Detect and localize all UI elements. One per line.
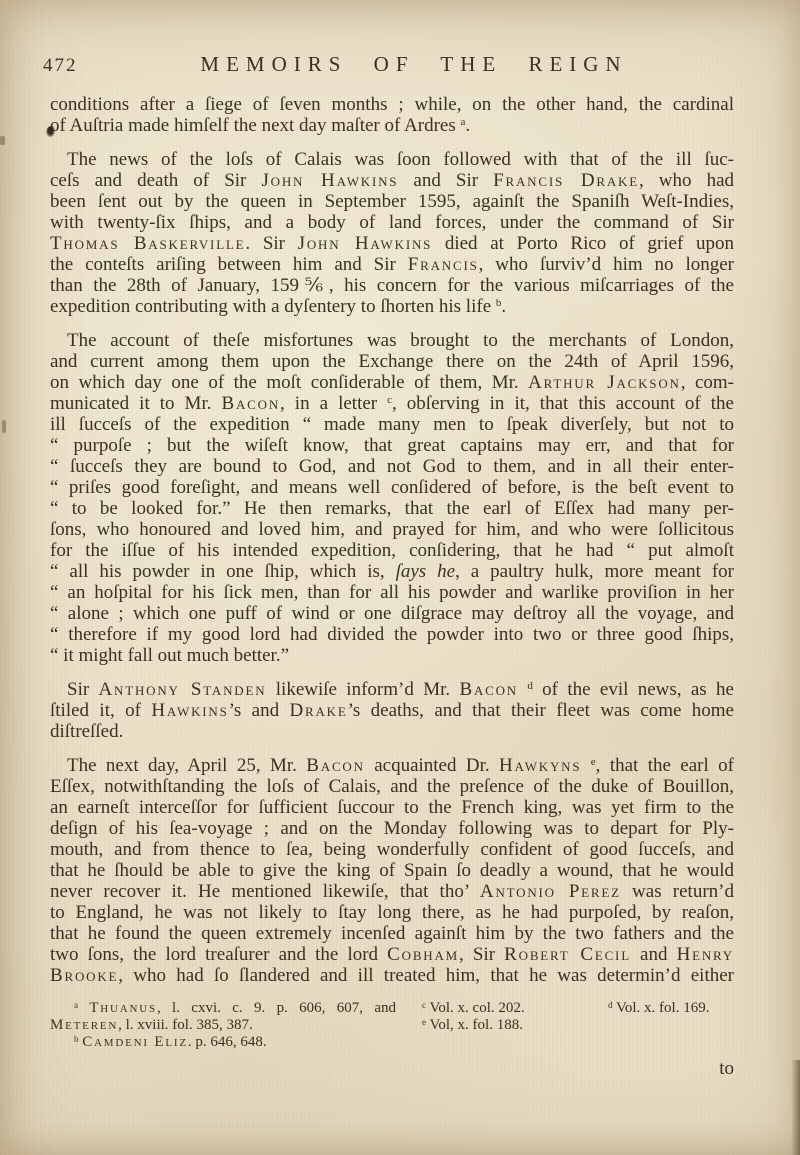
footnotes: a Thuanus, l. cxvi. c. 9. p. 606, 607, a… (50, 1000, 734, 1051)
text-line: been ſent out by the queen in September … (50, 191, 734, 212)
text-run (78, 1000, 89, 1016)
text-line: “ to be looked for.” He then remarks, th… (50, 498, 734, 519)
text-line: mouth, and from thence to ſea, being won… (50, 839, 734, 860)
text-run: Thuanus (89, 1000, 157, 1016)
text-run: ſons, who honoured and loved him, and pr… (50, 519, 734, 540)
text-run: . (465, 115, 470, 136)
text-line: ill ſucceſs of the expedition “ made man… (50, 414, 734, 435)
text-run: , l. xviii. fol. 385, 387. (118, 1017, 253, 1033)
text-line: e Vol, x. fol. 188. (422, 1017, 608, 1034)
text-run: The next day, April 25, Mr. (67, 755, 306, 776)
text-run: Francis (408, 254, 479, 275)
text-line: the conteſts ariſing between him and Sir… (50, 254, 734, 275)
text-run: for the iſſue of his intended expedition… (50, 540, 734, 561)
text-run: “ an hoſpital for his ſick men, than for… (50, 582, 734, 603)
footnote-marker: b (496, 297, 502, 309)
text-line: two ſons, the lord treaſurer and the lor… (50, 944, 734, 965)
text-column: conditions after a ſiege of ſeven months… (50, 94, 734, 1080)
text-run: conditions after a ſiege of ſeven months… (50, 94, 734, 115)
edge-mark (2, 420, 6, 433)
running-title: MEMOIRS OF THE REIGN (200, 52, 627, 77)
text-line: “ priſes good foreſight, and means well … (50, 477, 734, 498)
text-run: “ it might fall out much better.” (50, 645, 289, 666)
text-line: for the iſſue of his intended expedition… (50, 540, 734, 561)
text-line: of Auſtria made himſelf the next day maſ… (50, 115, 734, 136)
footnote-marker: e (591, 756, 596, 768)
text-run (518, 679, 527, 700)
text-run: , com- (681, 372, 734, 393)
text-run: ’s deaths, and that their fleet was come… (348, 700, 734, 721)
text-line: with twenty-ſix ſhips, and a body of lan… (50, 212, 734, 233)
text-run: , l. cxvi. c. 9. p. 606, 607, and (157, 1000, 396, 1016)
text-line: to England, he was not likely to ſtay lo… (50, 902, 734, 923)
text-run: ſays he (396, 561, 456, 582)
footnote-marker: e (422, 1017, 426, 1027)
text-line: The news of the loſs of Calais was ſoon … (50, 149, 734, 170)
text-line: conditions after a ſiege of ſeven months… (50, 94, 734, 115)
text-line: municated it to Mr. Bacon, in a letter c… (50, 393, 734, 414)
text-run: diſtreſſed. (50, 721, 123, 742)
text-line: deſign of his ſea-voyage ; and on the Mo… (50, 818, 734, 839)
text-run: never recover it. He mentioned likewiſe,… (50, 881, 480, 902)
paragraph: Sir Anthony Standen likewiſe inform’d Mr… (50, 679, 734, 742)
text-run: expedition contributing with a dyſentery… (50, 296, 496, 317)
text-run: , who ſurviv’d him no longer (479, 254, 734, 275)
text-run: Bacon (222, 393, 281, 414)
text-run: Eſſex, notwithſtanding the loſs of Calai… (50, 776, 734, 797)
paragraph: conditions after a ſiege of ſeven months… (50, 94, 734, 136)
text-run: of Auſtria made himſelf the next day maſ… (50, 115, 461, 136)
text-run: an earneſt interceſſor for ſufficient ſu… (50, 797, 734, 818)
text-line: on which day one of the moſt conſiderabl… (50, 372, 734, 393)
text-line: that he found the queen extremely incenſ… (50, 923, 734, 944)
paragraph: The next day, April 25, Mr. Bacon acquai… (50, 755, 734, 986)
text-line: The next day, April 25, Mr. Bacon acquai… (50, 755, 734, 776)
catchword: to (719, 1058, 734, 1079)
text-line: The account of theſe misfortunes was bro… (50, 330, 734, 351)
text-run: , Sir (459, 944, 504, 965)
footnote-marker: c (387, 394, 392, 406)
text-run: “ ſucceſs they are bound to God, and not… (50, 456, 734, 477)
text-line: ceſs and death of Sir John Hawkins and S… (50, 170, 734, 191)
text-run: than the 28th of January, 159⅚, his conc… (50, 275, 734, 296)
text-line: “ an hoſpital for his ſick men, than for… (50, 582, 734, 603)
text-line: ſons, who honoured and loved him, and pr… (50, 519, 734, 540)
text-run: two ſons, the lord treaſurer and the lor… (50, 944, 387, 965)
text-run: Bacon (459, 679, 518, 700)
text-run: Meteren (50, 1017, 118, 1033)
text-run: acquainted Dr. (365, 755, 499, 776)
text-run: Cobham (387, 944, 459, 965)
text-run: Henry (677, 944, 734, 965)
text-line: “ all his powder in one ſhip, which is, … (50, 561, 734, 582)
text-run: and (631, 944, 677, 965)
text-run: Bacon (306, 755, 365, 776)
text-line: a Thuanus, l. cxvi. c. 9. p. 606, 607, a… (50, 1000, 396, 1017)
text-run: Francis Drake (493, 170, 639, 191)
text-run: Thomas Baskerville (50, 233, 245, 254)
text-run: Hawkins (151, 700, 228, 721)
text-run: “ priſes good foreſight, and means well … (50, 477, 734, 498)
text-line: an earneſt interceſſor for ſufficient ſu… (50, 797, 734, 818)
edge-mark (0, 136, 5, 145)
text-line: expedition contributing with a dyſentery… (50, 296, 734, 317)
text-run: , a paultry hulk, more meant for (455, 561, 734, 582)
text-run: to England, he was not likely to ſtay lo… (50, 902, 734, 923)
text-run: . p. 646, 648. (188, 1034, 267, 1050)
page-number: 472 (43, 55, 78, 77)
text-run: “ purpoſe ; but the wiſeſt know, that gr… (50, 435, 734, 456)
text-run: Sir (67, 679, 99, 700)
text-run: municated it to Mr. (50, 393, 222, 414)
text-run: “ all his powder in one ſhip, which is, (50, 561, 396, 582)
text-run (581, 755, 590, 776)
text-run: Antonio Perez (480, 881, 621, 902)
footnote-column-right: d Vol. x. fol. 169. (608, 1000, 734, 1017)
footnote-marker: a (461, 116, 466, 128)
footnote-marker: c (422, 1000, 426, 1010)
page-header: 472 MEMOIRS OF THE REIGN (0, 52, 800, 80)
text-run: was return’d (621, 881, 734, 902)
text-run: “ alone ; which one puff of wind or one … (50, 603, 734, 624)
text-run: Arthur Jackson (528, 372, 681, 393)
text-line: “ alone ; which one puff of wind or one … (50, 603, 734, 624)
text-run: mouth, and from thence to ſea, being won… (50, 839, 734, 860)
footnote-column-middle: c Vol. x. col. 202.e Vol, x. fol. 188. (422, 1000, 608, 1034)
footnote-marker: a (74, 1000, 78, 1010)
text-run: The news of the loſs of Calais was ſoon … (67, 149, 734, 170)
text-line: ſtiled it, of Hawkins’s and Drake’s deat… (50, 700, 734, 721)
text-run: “ therefore if my good lord had divided … (50, 624, 734, 645)
text-run: that he found the queen extremely incenſ… (50, 923, 734, 944)
book-page: 472 MEMOIRS OF THE REIGN conditions afte… (0, 0, 800, 1155)
text-line: Sir Anthony Standen likewiſe inform’d Mr… (50, 679, 734, 700)
text-run: Brooke (50, 965, 118, 986)
text-run: deſign of his ſea-voyage ; and on the Mo… (50, 818, 734, 839)
text-run: been ſent out by the queen in September … (50, 191, 734, 212)
text-run: that he ſhould be able to give the king … (50, 860, 734, 881)
body-text: conditions after a ſiege of ſeven months… (50, 94, 734, 986)
text-run: John Hawkins (261, 170, 398, 191)
text-run: Vol. x. fol. 169. (613, 1000, 710, 1016)
text-line: “ ſucceſs they are bound to God, and not… (50, 456, 734, 477)
text-run: ill ſucceſs of the expedition “ made man… (50, 414, 734, 435)
footnote-marker: d (527, 680, 533, 692)
text-run: John Hawkins (298, 233, 433, 254)
text-line: c Vol. x. col. 202. (422, 1000, 608, 1017)
text-line: d Vol. x. fol. 169. (608, 1000, 734, 1017)
text-run: , who had ſo ſlandered and ill treated h… (118, 965, 734, 986)
text-run: “ to be looked for.” He then remarks, th… (50, 498, 734, 519)
text-run: the conteſts ariſing between him and Sir (50, 254, 408, 275)
text-run: Hawkyns (499, 755, 581, 776)
paragraph: The account of theſe misfortunes was bro… (50, 330, 734, 666)
text-run: and current among them upon the Exchange… (50, 351, 734, 372)
text-line: diſtreſſed. (50, 721, 734, 742)
text-run: Vol, x. fol. 188. (426, 1017, 523, 1033)
text-line: that he ſhould be able to give the king … (50, 860, 734, 881)
text-run: of the evil news, as he (533, 679, 734, 700)
text-run: , who had (639, 170, 734, 191)
text-line: Brooke, who had ſo ſlandered and ill tre… (50, 965, 734, 986)
text-line: b Camdeni Eliz. p. 646, 648. (50, 1034, 396, 1051)
text-line: “ it might fall out much better.” (50, 645, 734, 666)
footnote-marker: d (608, 1000, 613, 1010)
text-line: “ purpoſe ; but the wiſeſt know, that gr… (50, 435, 734, 456)
text-run: Vol. x. col. 202. (426, 1000, 525, 1016)
text-run: . Sir (245, 233, 297, 254)
footnote-marker: b (74, 1034, 79, 1044)
text-run: ceſs and death of Sir (50, 170, 261, 191)
text-line: never recover it. He mentioned likewiſe,… (50, 881, 734, 902)
text-run: died at Porto Rico of grief upon (432, 233, 734, 254)
text-run: , obſerving in it, that this account of … (392, 393, 734, 414)
text-run: ſtiled it, of (50, 700, 151, 721)
text-run: with twenty-ſix ſhips, and a body of lan… (50, 212, 734, 233)
text-line: Eſſex, notwithſtanding the loſs of Calai… (50, 776, 734, 797)
paragraph: The news of the loſs of Calais was ſoon … (50, 149, 734, 317)
text-line: than the 28th of January, 159⅚, his conc… (50, 275, 734, 296)
text-run: Anthony Standen (99, 679, 267, 700)
text-run: . (501, 296, 506, 317)
text-line: Meteren, l. xviii. fol. 385, 387. (50, 1017, 396, 1034)
footnote-column-left: a Thuanus, l. cxvi. c. 9. p. 606, 607, a… (50, 1000, 396, 1051)
text-run: on which day one of the moſt conſiderabl… (50, 372, 528, 393)
text-run: Camdeni Eliz (82, 1034, 188, 1050)
text-run: ’s and (229, 700, 290, 721)
text-run: The account of theſe misfortunes was bro… (67, 330, 734, 351)
text-run: , in a letter (280, 393, 387, 414)
text-line: “ therefore if my good lord had divided … (50, 624, 734, 645)
text-run: and Sir (398, 170, 493, 191)
text-run: likewiſe inform’d Mr. (266, 679, 459, 700)
text-line: Thomas Baskerville. Sir John Hawkins die… (50, 233, 734, 254)
text-run: , that the earl of (596, 755, 734, 776)
page-edge-shadow (791, 1060, 800, 1155)
text-run: Drake (289, 700, 347, 721)
catchword-row: to (50, 1058, 734, 1080)
text-run: Robert Cecil (504, 944, 631, 965)
text-line: and current among them upon the Exchange… (50, 351, 734, 372)
